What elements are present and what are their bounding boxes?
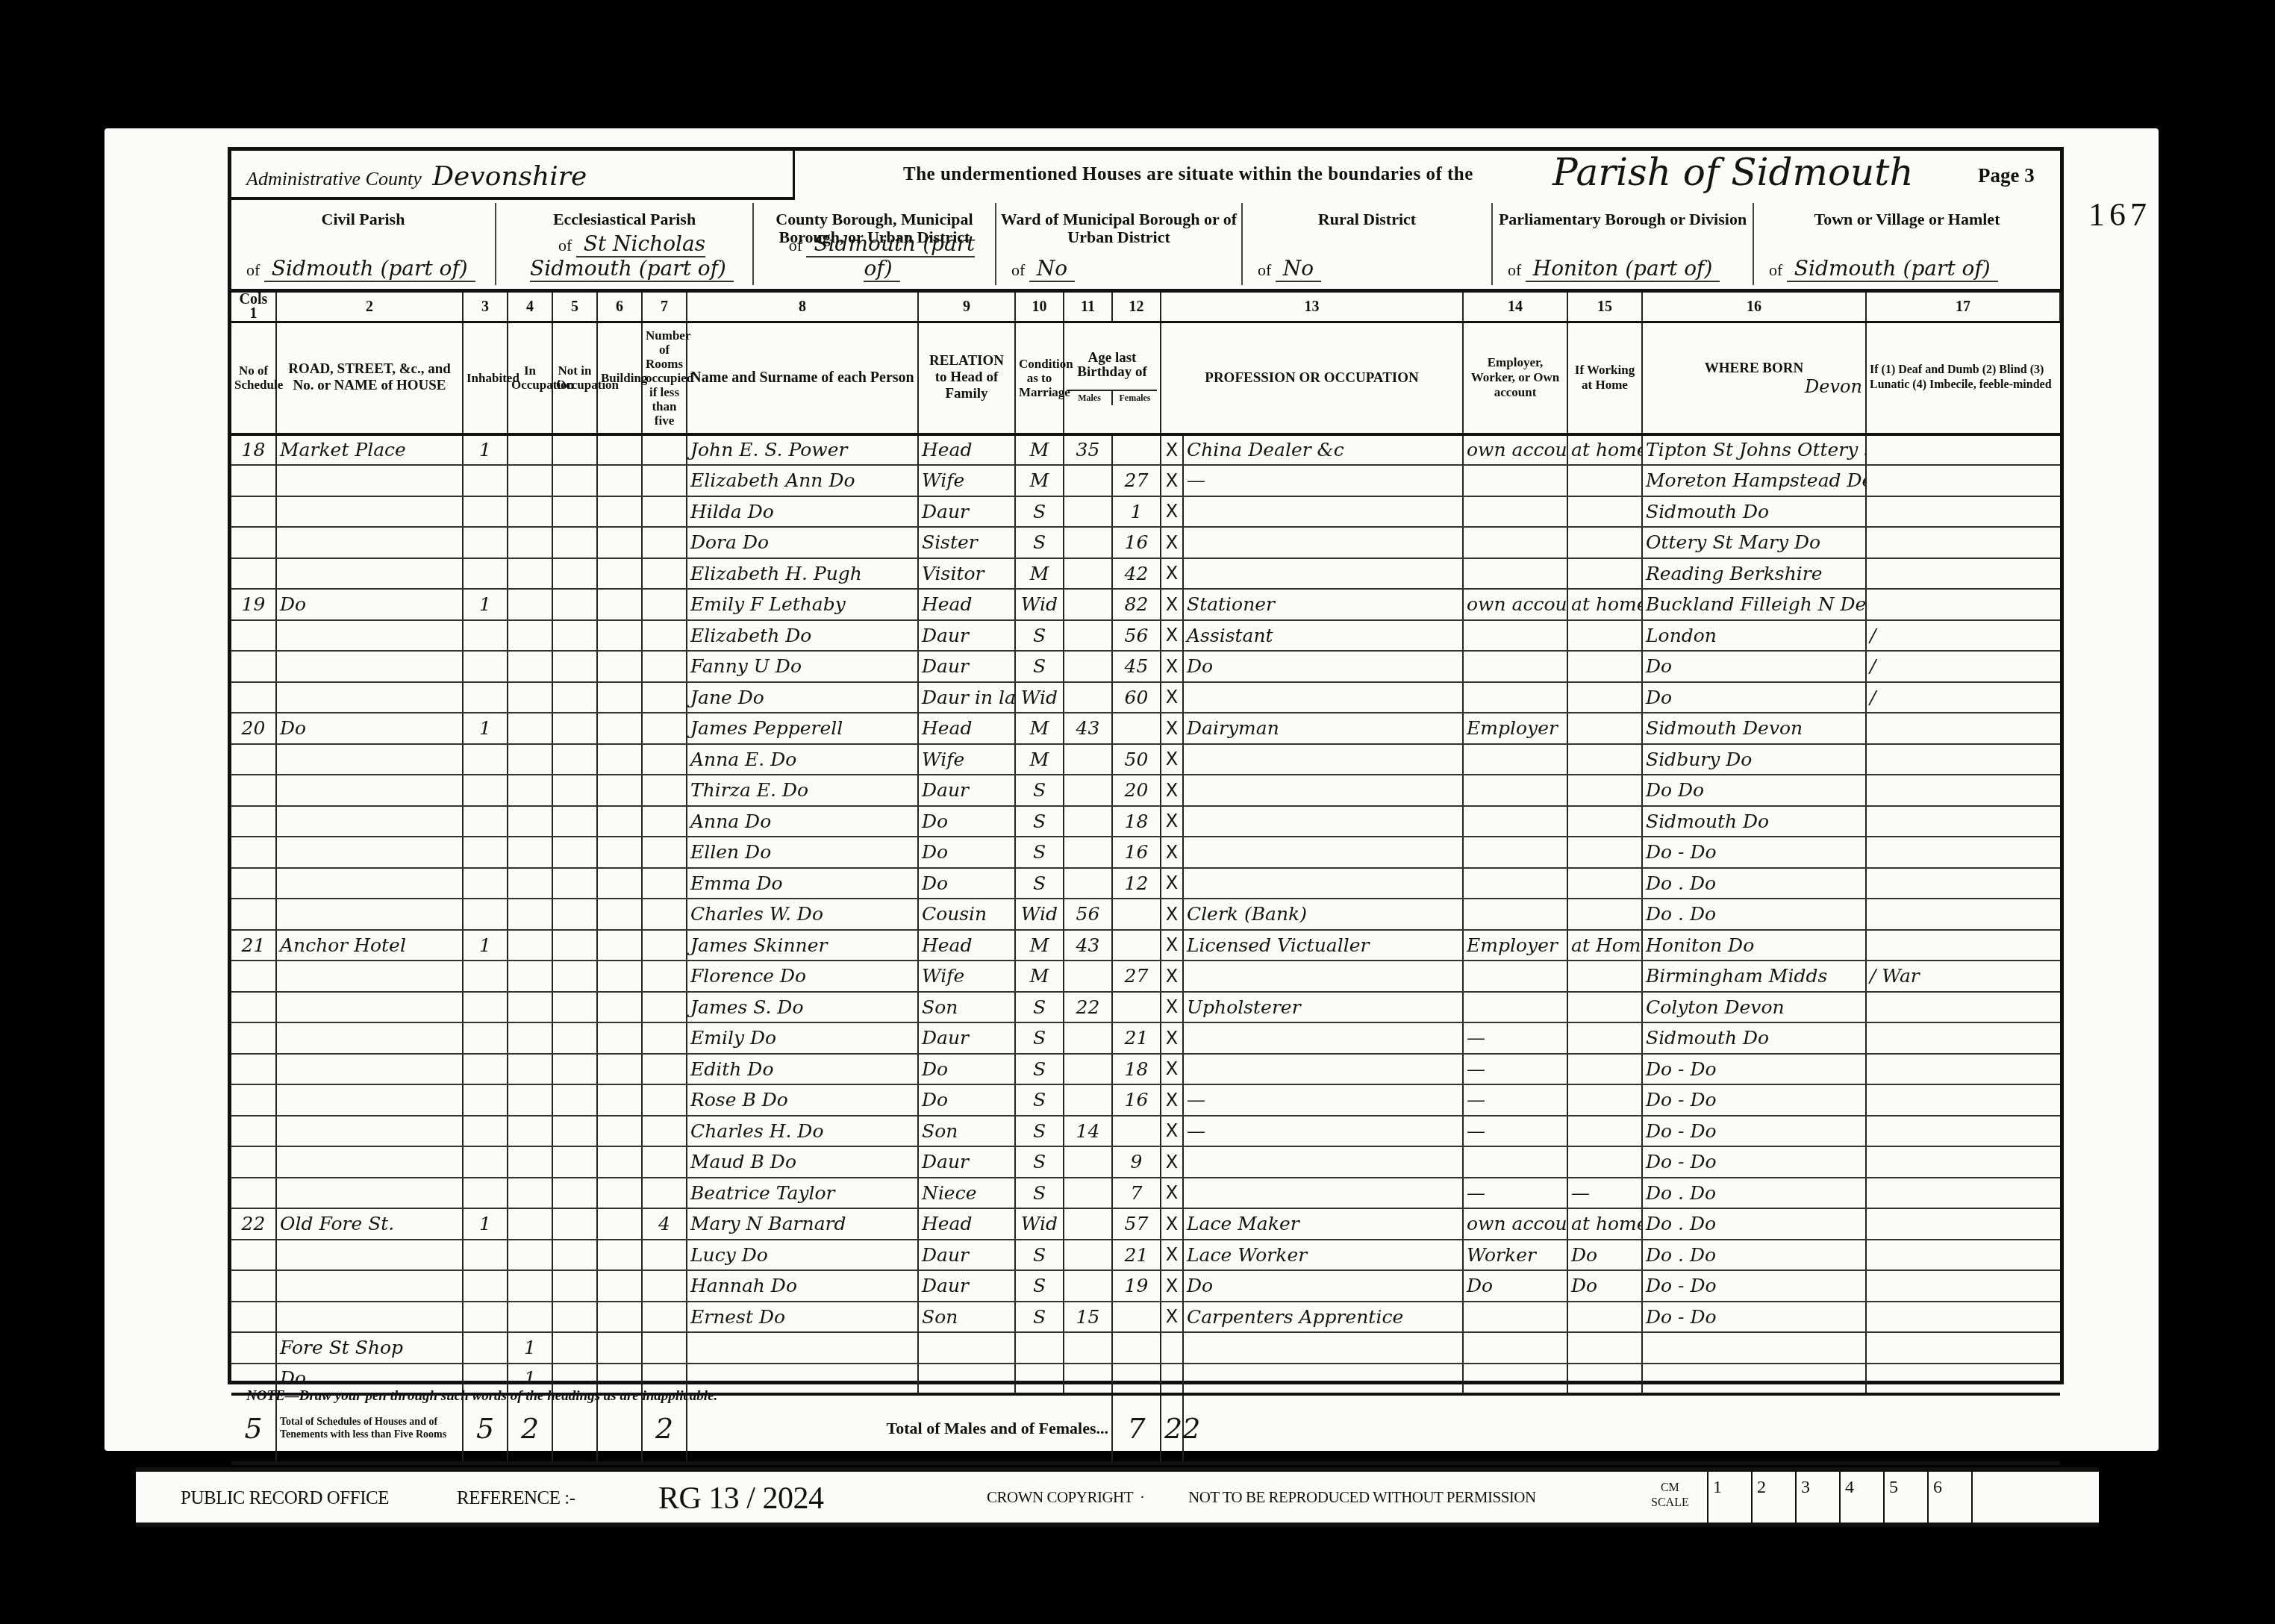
uninhabited-count xyxy=(508,1084,552,1116)
form-note: NOTE—Draw your pen through such words of… xyxy=(246,1388,717,1405)
header-where-born-note: Devon xyxy=(1646,380,1862,394)
marital-condition: Wid xyxy=(1015,589,1064,620)
division-civil-parish: Civil Parish of Sidmouth (part of) xyxy=(231,203,496,285)
col-number: 11 xyxy=(1064,293,1112,322)
inhabited-count xyxy=(463,1302,508,1333)
where-born: Sidmouth Devon xyxy=(1642,713,1866,744)
road-name: Do xyxy=(276,713,463,744)
working-at-home: Do xyxy=(1567,1240,1642,1271)
person-name: Rose B Do xyxy=(687,1084,918,1116)
uninhabited-count xyxy=(508,837,552,868)
inhabited-count xyxy=(463,527,508,558)
employer-status xyxy=(1463,465,1567,496)
marital-condition: M xyxy=(1015,744,1064,775)
tally-mark: X xyxy=(1161,1270,1183,1302)
employer-status xyxy=(1463,899,1567,930)
where-born: Reading Berkshire xyxy=(1642,558,1866,590)
infirmity xyxy=(1866,1116,2060,1147)
uninhabited-count xyxy=(508,1146,552,1178)
tally-mark: X xyxy=(1161,1022,1183,1054)
working-at-home xyxy=(1567,558,1642,590)
building xyxy=(597,775,642,806)
building xyxy=(597,961,642,992)
infirmity: / xyxy=(1866,651,2060,682)
relation: Daur xyxy=(918,1146,1015,1178)
road-name xyxy=(276,1146,463,1178)
building xyxy=(597,1302,642,1333)
not-in-occupation xyxy=(552,1178,597,1209)
employer-status xyxy=(1463,837,1567,868)
uninhabited-count xyxy=(508,651,552,682)
schedule-number xyxy=(231,496,276,528)
tally-mark: X xyxy=(1161,1116,1183,1147)
road-name xyxy=(276,496,463,528)
where-born: Do . Do xyxy=(1642,1208,1866,1240)
building xyxy=(597,620,642,652)
schedule-number xyxy=(231,868,276,899)
age-female: 27 xyxy=(1112,961,1161,992)
boundary-value: Parish of Sidmouth xyxy=(1552,151,1914,194)
header-name: Name and Surname of each Person xyxy=(687,322,918,434)
working-at-home xyxy=(1567,992,1642,1023)
occupation xyxy=(1183,744,1463,775)
age-female: 1 xyxy=(1112,496,1161,528)
employer-status xyxy=(1463,558,1567,590)
working-at-home xyxy=(1567,744,1642,775)
age-male xyxy=(1064,1054,1112,1085)
occupation: — xyxy=(1183,1084,1463,1116)
age-female xyxy=(1112,434,1161,466)
table-row: Fore St Shop1 xyxy=(231,1332,2060,1364)
relation: Wife xyxy=(918,961,1015,992)
inhabited-count xyxy=(463,1332,508,1364)
road-name xyxy=(276,806,463,837)
road-name: Do xyxy=(276,589,463,620)
header-employer: Employer, Worker, or Own account xyxy=(1463,322,1567,434)
employer-status xyxy=(1463,651,1567,682)
where-born: Tipton St Johns Ottery St Mary xyxy=(1642,434,1866,466)
scale-mark: 2 xyxy=(1751,1472,1795,1522)
uninhabited-count xyxy=(508,775,552,806)
schedule-number xyxy=(231,682,276,713)
working-at-home: at home xyxy=(1567,1208,1642,1240)
age-male: 22 xyxy=(1064,992,1112,1023)
rooms-count xyxy=(642,806,687,837)
table-row: Elizabeth H. PughVisitorM42XReading Berk… xyxy=(231,558,2060,590)
schedule-number xyxy=(231,806,276,837)
tally-mark: X xyxy=(1161,558,1183,590)
schedule-number: 21 xyxy=(231,930,276,961)
person-name: John E. S. Power xyxy=(687,434,918,466)
of-label: of xyxy=(1769,260,1782,279)
table-row: Dora DoSisterS16XOttery St Mary Do xyxy=(231,527,2060,558)
admin-county-label: Administrative County xyxy=(246,168,422,190)
age-female xyxy=(1112,713,1161,744)
header-rooms: Number of Rooms occupied if less than fi… xyxy=(642,322,687,434)
tally-mark: X xyxy=(1161,806,1183,837)
scale-mark: 3 xyxy=(1795,1472,1839,1522)
tally-mark: X xyxy=(1161,1178,1183,1209)
schedule-number xyxy=(231,899,276,930)
employer-status xyxy=(1463,496,1567,528)
table-row: Hilda DoDaurS1XSidmouth Do xyxy=(231,496,2060,528)
relation: Niece xyxy=(918,1178,1015,1209)
division-label: Town or Village or Hamlet xyxy=(1754,210,2060,228)
marital-condition: S xyxy=(1015,1270,1064,1302)
where-born: Do . Do xyxy=(1642,1240,1866,1271)
employer-status: Employer xyxy=(1463,930,1567,961)
header-not-in-occupation: Not in Occupation xyxy=(552,322,597,434)
age-male xyxy=(1064,496,1112,528)
uninhabited-count xyxy=(508,868,552,899)
table-row: Florence DoWifeM27XBirmingham Midds/ War xyxy=(231,961,2060,992)
age-female: 18 xyxy=(1112,806,1161,837)
marital-condition: S xyxy=(1015,775,1064,806)
occupation: Dairyman xyxy=(1183,713,1463,744)
age-female xyxy=(1112,1302,1161,1333)
person-name: Edith Do xyxy=(687,1054,918,1085)
header-condition: Condition as to Marriage xyxy=(1015,322,1064,434)
schedule-number: 19 xyxy=(231,589,276,620)
occupation xyxy=(1183,682,1463,713)
person-name: Anna Do xyxy=(687,806,918,837)
rooms-count xyxy=(642,1270,687,1302)
person-name: Thirza E. Do xyxy=(687,775,918,806)
schedule-number xyxy=(231,1240,276,1271)
road-name: Fore St Shop xyxy=(276,1332,463,1364)
total-males: 7 xyxy=(1112,1394,1161,1463)
building xyxy=(597,806,642,837)
permission-label: NOT TO BE REPRODUCED WITHOUT PERMISSION xyxy=(1188,1488,1536,1507)
person-name: Emma Do xyxy=(687,868,918,899)
uninhabited-count xyxy=(508,465,552,496)
header-where-born: WHERE BORN Devon xyxy=(1642,322,1866,434)
uninhabited-count xyxy=(508,930,552,961)
inhabited-count xyxy=(463,1270,508,1302)
person-name: James S. Do xyxy=(687,992,918,1023)
age-female: 16 xyxy=(1112,527,1161,558)
age-female: 82 xyxy=(1112,589,1161,620)
infirmity xyxy=(1866,1022,2060,1054)
marital-condition: M xyxy=(1015,465,1064,496)
marital-condition: S xyxy=(1015,1054,1064,1085)
col-number: 13 xyxy=(1161,293,1463,322)
tally-mark: X xyxy=(1161,1054,1183,1085)
road-name xyxy=(276,744,463,775)
employer-status: Do xyxy=(1463,1270,1567,1302)
col-number: 16 xyxy=(1642,293,1866,322)
not-in-occupation xyxy=(552,465,597,496)
marital-condition: M xyxy=(1015,930,1064,961)
inhabited-count xyxy=(463,558,508,590)
rooms-count xyxy=(642,961,687,992)
rooms-count: 4 xyxy=(642,1208,687,1240)
division-urban-district: County Borough, Municipal Borough, or Ur… xyxy=(754,203,996,285)
of-label: of xyxy=(1508,260,1521,279)
age-male xyxy=(1064,1208,1112,1240)
working-at-home xyxy=(1567,682,1642,713)
infirmity xyxy=(1866,868,2060,899)
where-born xyxy=(1642,1364,1866,1395)
employer-status xyxy=(1463,1302,1567,1333)
col-number: 6 xyxy=(597,293,642,322)
not-in-occupation xyxy=(552,589,597,620)
schedule-number xyxy=(231,961,276,992)
of-label: of xyxy=(1258,260,1271,279)
working-at-home xyxy=(1567,465,1642,496)
inhabited-count xyxy=(463,620,508,652)
uninhabited-count xyxy=(508,527,552,558)
inhabited-count xyxy=(463,1116,508,1147)
age-female: 60 xyxy=(1112,682,1161,713)
person-name: Ellen Do xyxy=(687,837,918,868)
marital-condition: S xyxy=(1015,1240,1064,1271)
situate-text: The undermentioned Houses are situate wi… xyxy=(903,164,1473,185)
census-sheet: 167 Administrative County Devonshire The… xyxy=(104,128,2159,1451)
schedule-number xyxy=(231,465,276,496)
not-in-occupation xyxy=(552,775,597,806)
building xyxy=(597,434,642,466)
schedule-number xyxy=(231,620,276,652)
not-in-occupation xyxy=(552,1270,597,1302)
col-number: 15 xyxy=(1567,293,1642,322)
header-schedule: No of Schedule xyxy=(231,322,276,434)
separator-dot: · xyxy=(1140,1488,1145,1507)
tally-mark: X xyxy=(1161,465,1183,496)
not-in-occupation xyxy=(552,961,597,992)
schedule-number xyxy=(231,1022,276,1054)
col-number: 17 xyxy=(1866,293,2060,322)
rooms-count xyxy=(642,1116,687,1147)
inhabited-count: 1 xyxy=(463,434,508,466)
census-form-frame: Administrative County Devonshire The und… xyxy=(228,147,2064,1384)
person-name: Elizabeth Do xyxy=(687,620,918,652)
marital-condition: S xyxy=(1015,992,1064,1023)
relation: Wife xyxy=(918,744,1015,775)
person-name xyxy=(687,1332,918,1364)
table-row: Lucy DoDaurS21XLace WorkerWorkerDoDo . D… xyxy=(231,1240,2060,1271)
age-female: 27 xyxy=(1112,465,1161,496)
inhabited-count xyxy=(463,868,508,899)
inhabited-count xyxy=(463,899,508,930)
col-number: 8 xyxy=(687,293,918,322)
where-born: London xyxy=(1642,620,1866,652)
rooms-count xyxy=(642,620,687,652)
tally-mark: X xyxy=(1161,961,1183,992)
table-row: Charles H. DoSonS14X——Do - Do xyxy=(231,1116,2060,1147)
road-name: Old Fore St. xyxy=(276,1208,463,1240)
where-born: Do - Do xyxy=(1642,1084,1866,1116)
table-row: Fanny U DoDaurS45XDoDo/ xyxy=(231,651,2060,682)
table-row: Elizabeth Ann DoWifeM27X—Moreton Hampste… xyxy=(231,465,2060,496)
building xyxy=(597,713,642,744)
occupation: Lace Maker xyxy=(1183,1208,1463,1240)
building xyxy=(597,1178,642,1209)
marital-condition: S xyxy=(1015,1146,1064,1178)
age-male: 35 xyxy=(1064,434,1112,466)
infirmity xyxy=(1866,899,2060,930)
employer-status: own account xyxy=(1463,1208,1567,1240)
age-male xyxy=(1064,868,1112,899)
not-in-occupation xyxy=(552,744,597,775)
schedule-number: 22 xyxy=(231,1208,276,1240)
tally-mark: X xyxy=(1161,682,1183,713)
marital-condition: S xyxy=(1015,1302,1064,1333)
tally-mark: X xyxy=(1161,1240,1183,1271)
header-road: ROAD, STREET, &c., and No. or NAME of HO… xyxy=(276,322,463,434)
where-born: Do . Do xyxy=(1642,899,1866,930)
schedule-number xyxy=(231,1084,276,1116)
employer-status: — xyxy=(1463,1084,1567,1116)
person-name: Mary N Barnard xyxy=(687,1208,918,1240)
infirmity xyxy=(1866,1208,2060,1240)
inhabited-count xyxy=(463,1054,508,1085)
inhabited-count xyxy=(463,496,508,528)
table-row: Maud B DoDaurS9XDo - Do xyxy=(231,1146,2060,1178)
road-name xyxy=(276,899,463,930)
uninhabited-count xyxy=(508,961,552,992)
employer-status: — xyxy=(1463,1116,1567,1147)
column-header-row: No of Schedule ROAD, STREET, &c., and No… xyxy=(231,322,2060,434)
schedule-number xyxy=(231,1054,276,1085)
building xyxy=(597,930,642,961)
marital-condition: S xyxy=(1015,527,1064,558)
tally-mark: X xyxy=(1161,837,1183,868)
scale-label: SCALE xyxy=(1651,1496,1689,1511)
occupation: Clerk (Bank) xyxy=(1183,899,1463,930)
age-male xyxy=(1064,527,1112,558)
table-row: Jane DoDaur in lawWid60XDo/ xyxy=(231,682,2060,713)
building xyxy=(597,682,642,713)
building xyxy=(597,527,642,558)
working-at-home xyxy=(1567,1022,1642,1054)
where-born: Do - Do xyxy=(1642,1146,1866,1178)
header-building: Building xyxy=(597,322,642,434)
schedule-number xyxy=(231,837,276,868)
marital-condition: M xyxy=(1015,558,1064,590)
relation: Daur xyxy=(918,496,1015,528)
person-name: Lucy Do xyxy=(687,1240,918,1271)
age-female xyxy=(1112,1332,1161,1364)
road-name xyxy=(276,992,463,1023)
employer-status xyxy=(1463,868,1567,899)
uninhabited-count xyxy=(508,713,552,744)
working-at-home xyxy=(1567,1054,1642,1085)
of-label: of xyxy=(246,260,260,279)
rooms-count xyxy=(642,899,687,930)
infirmity xyxy=(1866,1302,2060,1333)
where-born: Birmingham Midds xyxy=(1642,961,1866,992)
totals-blank xyxy=(1183,1394,2060,1463)
age-female xyxy=(1112,1364,1161,1395)
occupation xyxy=(1183,837,1463,868)
marital-condition: S xyxy=(1015,1084,1064,1116)
schedule-number xyxy=(231,1146,276,1178)
table-row: Emily DoDaurS21X—Sidmouth Do xyxy=(231,1022,2060,1054)
relation: Daur xyxy=(918,1022,1015,1054)
age-male xyxy=(1064,1022,1112,1054)
working-at-home xyxy=(1567,868,1642,899)
inhabited-count xyxy=(463,1022,508,1054)
road-name xyxy=(276,465,463,496)
header-occupation: PROFESSION OR OCCUPATION xyxy=(1161,322,1463,434)
employer-status: — xyxy=(1463,1178,1567,1209)
person-name: Fanny U Do xyxy=(687,651,918,682)
working-at-home xyxy=(1567,713,1642,744)
table-row: Edith DoDoS18X—Do - Do xyxy=(231,1054,2060,1085)
person-name: Jane Do xyxy=(687,682,918,713)
tally-mark: X xyxy=(1161,868,1183,899)
building xyxy=(597,1084,642,1116)
table-row: James S. DoSonS22XUpholstererColyton Dev… xyxy=(231,992,2060,1023)
age-male xyxy=(1064,837,1112,868)
where-born: Do . Do xyxy=(1642,1178,1866,1209)
inhabited-count xyxy=(463,837,508,868)
employer-status xyxy=(1463,961,1567,992)
where-born: Do xyxy=(1642,651,1866,682)
not-in-occupation xyxy=(552,992,597,1023)
uninhabited-count xyxy=(508,589,552,620)
not-in-occupation xyxy=(552,1084,597,1116)
inhabited-count xyxy=(463,806,508,837)
relation: Daur xyxy=(918,1270,1015,1302)
building xyxy=(597,1022,642,1054)
scale-mark: 1 xyxy=(1707,1472,1751,1522)
age-male xyxy=(1064,620,1112,652)
inhabited-count: 1 xyxy=(463,589,508,620)
marital-condition: S xyxy=(1015,1022,1064,1054)
building xyxy=(597,651,642,682)
age-female: 50 xyxy=(1112,744,1161,775)
tally-mark: X xyxy=(1161,744,1183,775)
road-name xyxy=(276,1302,463,1333)
uninhabited-count xyxy=(508,744,552,775)
table-row: Ernest DoSonS15XCarpenters ApprenticeDo … xyxy=(231,1302,2060,1333)
age-male: 15 xyxy=(1064,1302,1112,1333)
working-at-home xyxy=(1567,1116,1642,1147)
of-label: of xyxy=(1011,260,1025,279)
uninhabited-count xyxy=(508,1270,552,1302)
infirmity xyxy=(1866,1054,2060,1085)
not-in-occupation xyxy=(552,1208,597,1240)
employer-status xyxy=(1463,744,1567,775)
tally-mark: X xyxy=(1161,1302,1183,1333)
where-born: Do Do xyxy=(1642,775,1866,806)
admin-county-value: Devonshire xyxy=(432,161,587,192)
age-female: 16 xyxy=(1112,1084,1161,1116)
where-born: Do . Do xyxy=(1642,868,1866,899)
schedule-number xyxy=(231,1332,276,1364)
building xyxy=(597,1116,642,1147)
age-female: 45 xyxy=(1112,651,1161,682)
admin-county-box: Administrative County Devonshire xyxy=(231,151,795,200)
infirmity xyxy=(1866,837,2060,868)
working-at-home xyxy=(1567,1332,1642,1364)
person-name: James Pepperell xyxy=(687,713,918,744)
relation: Do xyxy=(918,837,1015,868)
tally-mark: X xyxy=(1161,589,1183,620)
employer-status: own account xyxy=(1463,589,1567,620)
employer-status: own account xyxy=(1463,434,1567,466)
road-name xyxy=(276,620,463,652)
header-inhabited: Inhabited xyxy=(463,322,508,434)
working-at-home xyxy=(1567,899,1642,930)
age-male xyxy=(1064,682,1112,713)
scale-end xyxy=(1971,1472,2068,1522)
person-name: Anna E. Do xyxy=(687,744,918,775)
building xyxy=(597,1240,642,1271)
administrative-divisions: Civil Parish of Sidmouth (part of) Eccle… xyxy=(231,203,2060,293)
